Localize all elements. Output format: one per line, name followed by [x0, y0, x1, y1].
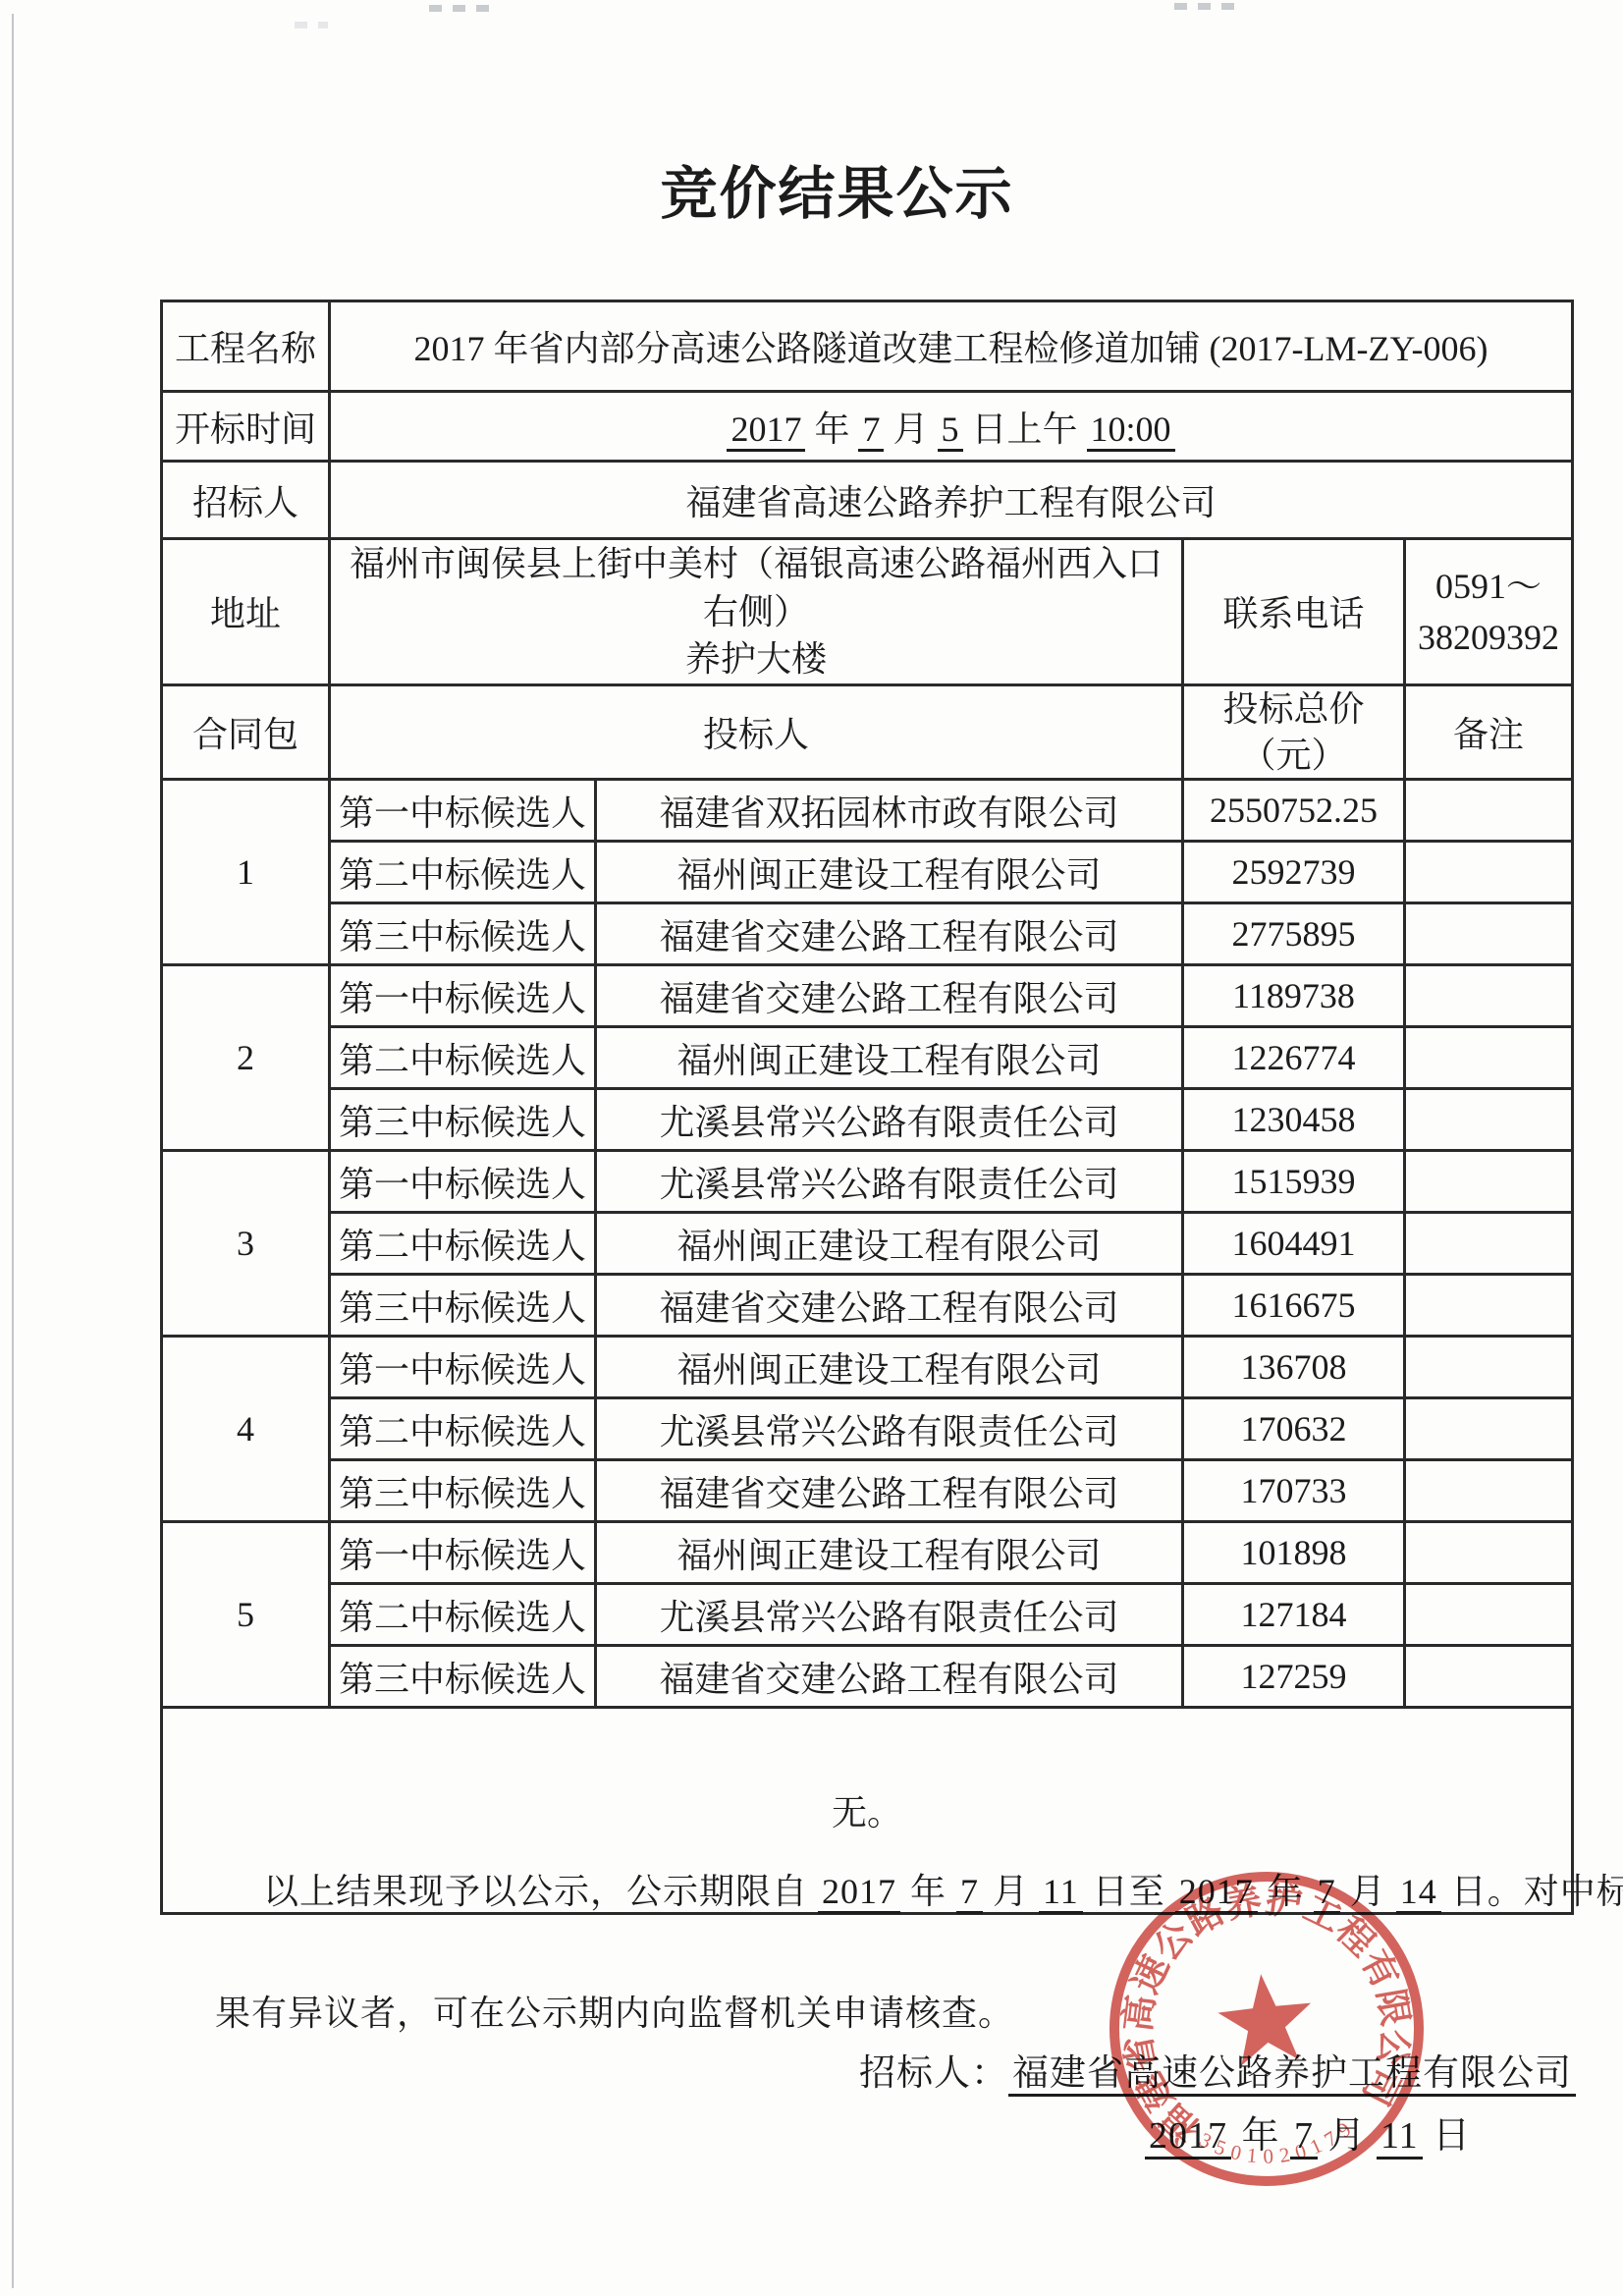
- bid-row: 第三中标候选人 福建省交建公路工程有限公司 2775895: [162, 903, 1573, 965]
- candidate-company: 福州闽正建设工程有限公司: [596, 1522, 1183, 1584]
- candidate-company: 福州闽正建设工程有限公司: [596, 1027, 1183, 1089]
- bid-price: 136708: [1183, 1337, 1405, 1398]
- remark-cell: [1405, 1522, 1573, 1584]
- bid-results-table: 工程名称 2017 年省内部分高速公路隧道改建工程检修道加铺 (2017-LM-…: [160, 300, 1574, 1915]
- bid-price: 1226774: [1183, 1027, 1405, 1089]
- candidate-company: 尤溪县常兴公路有限责任公司: [596, 1584, 1183, 1646]
- announcement-paragraph-line2: 果有异议者，可在公示期内向监督机关申请核查。: [215, 1986, 1014, 2036]
- candidate-rank: 第三中标候选人: [330, 1646, 596, 1708]
- phone-line2: 38209392: [1410, 612, 1567, 663]
- package-number: 5: [162, 1522, 330, 1708]
- candidate-rank: 第三中标候选人: [330, 1460, 596, 1522]
- signer-label: 招标人：: [859, 2053, 1008, 2094]
- bid-row: 第三中标候选人 尤溪县常兴公路有限责任公司 1230458: [162, 1089, 1573, 1151]
- project-name-value: 2017 年省内部分高速公路隧道改建工程检修道加铺 (2017-LM-ZY-00…: [330, 301, 1573, 392]
- remark-cell: [1405, 1089, 1573, 1151]
- bid-price: 1189738: [1183, 965, 1405, 1027]
- bid-row: 2 第一中标候选人 福建省交建公路工程有限公司 1189738: [162, 965, 1573, 1027]
- remark-cell: [1405, 780, 1573, 842]
- bid-price: 2592739: [1183, 842, 1405, 903]
- bid-row: 第二中标候选人 福州闽正建设工程有限公司 1604491: [162, 1213, 1573, 1275]
- tenderer-label: 招标人: [162, 462, 330, 539]
- candidate-company: 福建省交建公路工程有限公司: [596, 1460, 1183, 1522]
- candidate-rank: 第三中标候选人: [330, 1275, 596, 1337]
- remark-cell: [1405, 1646, 1573, 1708]
- remark-cell: [1405, 842, 1573, 903]
- page-title: 竞价结果公示: [26, 147, 1623, 230]
- header-package: 合同包: [162, 684, 330, 780]
- remark-cell: [1405, 965, 1573, 1027]
- address-label: 地址: [162, 539, 330, 685]
- remark-cell: [1405, 1151, 1573, 1213]
- candidate-rank: 第三中标候选人: [330, 1089, 596, 1151]
- candidate-rank: 第二中标候选人: [330, 1398, 596, 1460]
- candidate-company: 福建省交建公路工程有限公司: [596, 903, 1183, 965]
- bid-row: 第三中标候选人 福建省交建公路工程有限公司 1616675: [162, 1275, 1573, 1337]
- bid-price: 1604491: [1183, 1213, 1405, 1275]
- remark-cell: [1405, 1584, 1573, 1646]
- bid-price: 101898: [1183, 1522, 1405, 1584]
- scan-smudge: [1174, 3, 1235, 10]
- candidate-company: 尤溪县常兴公路有限责任公司: [596, 1398, 1183, 1460]
- scan-smudge: [429, 5, 500, 12]
- bid-price: 127259: [1183, 1646, 1405, 1708]
- star-icon: [1215, 1969, 1317, 2067]
- table-header-row: 合同包 投标人 投标总价 （元） 备注: [162, 684, 1573, 780]
- candidate-company: 福建省交建公路工程有限公司: [596, 1275, 1183, 1337]
- candidate-rank: 第一中标候选人: [330, 1151, 596, 1213]
- bid-price: 1515939: [1183, 1151, 1405, 1213]
- candidate-rank: 第一中标候选人: [330, 780, 596, 842]
- package-number: 4: [162, 1337, 330, 1522]
- candidate-rank: 第二中标候选人: [330, 1584, 596, 1646]
- address-line1: 福州市闽侯县上街中美村（福银高速公路福州西入口右侧）: [335, 540, 1177, 635]
- bid-opening-time-row: 开标时间 2017 年 7 月 5 日上午 10:00: [162, 392, 1573, 462]
- candidate-company: 尤溪县常兴公路有限责任公司: [596, 1151, 1183, 1213]
- address-line2: 养护大楼: [335, 635, 1177, 683]
- remark-cell: [1405, 1275, 1573, 1337]
- scan-edge-artifact: [12, 14, 14, 2288]
- tenderer-row: 招标人 福建省高速公路养护工程有限公司: [162, 462, 1573, 539]
- candidate-rank: 第三中标候选人: [330, 903, 596, 965]
- bid-price: 127184: [1183, 1584, 1405, 1646]
- scanned-document-page: 竞价结果公示 工程名称 2017 年省内部分高速公路隧道改建工程检修道加铺 (2…: [0, 0, 1623, 2296]
- package-number: 1: [162, 780, 330, 965]
- bid-row: 第三中标候选人 福建省交建公路工程有限公司 170733: [162, 1460, 1573, 1522]
- phone-line1: 0591～: [1410, 561, 1567, 612]
- bid-price: 1230458: [1183, 1089, 1405, 1151]
- address-value: 福州市闽侯县上街中美村（福银高速公路福州西入口右侧） 养护大楼: [330, 539, 1183, 685]
- remark-cell: [1405, 1213, 1573, 1275]
- candidate-rank: 第二中标候选人: [330, 842, 596, 903]
- company-seal-stamp: 福建省高速公路养护工程有限公司 3501020179: [1068, 1831, 1465, 2227]
- package-number: 3: [162, 1151, 330, 1337]
- header-remark: 备注: [1405, 684, 1573, 780]
- candidate-company: 福州闽正建设工程有限公司: [596, 1213, 1183, 1275]
- remark-cell: [1405, 1337, 1573, 1398]
- candidate-company: 福建省交建公路工程有限公司: [596, 1646, 1183, 1708]
- remark-cell: [1405, 1027, 1573, 1089]
- bid-row: 第二中标候选人 福州闽正建设工程有限公司 1226774: [162, 1027, 1573, 1089]
- package-number: 2: [162, 965, 330, 1151]
- address-row: 地址 福州市闽侯县上街中美村（福银高速公路福州西入口右侧） 养护大楼 联系电话 …: [162, 539, 1573, 685]
- phone-label: 联系电话: [1183, 539, 1405, 685]
- candidate-rank: 第二中标候选人: [330, 1213, 596, 1275]
- candidate-rank: 第二中标候选人: [330, 1027, 596, 1089]
- candidate-company: 福建省交建公路工程有限公司: [596, 965, 1183, 1027]
- bid-row: 第二中标候选人 尤溪县常兴公路有限责任公司 127184: [162, 1584, 1573, 1646]
- bid-row: 4 第一中标候选人 福州闽正建设工程有限公司 136708: [162, 1337, 1573, 1398]
- phone-value: 0591～ 38209392: [1405, 539, 1573, 685]
- header-bidder: 投标人: [330, 684, 1183, 780]
- bid-row: 5 第一中标候选人 福州闽正建设工程有限公司 101898: [162, 1522, 1573, 1584]
- bid-price: 170632: [1183, 1398, 1405, 1460]
- bid-row: 3 第一中标候选人 尤溪县常兴公路有限责任公司 1515939: [162, 1151, 1573, 1213]
- candidate-company: 福建省双拓园林市政有限公司: [596, 780, 1183, 842]
- tenderer-value: 福建省高速公路养护工程有限公司: [330, 462, 1573, 539]
- scan-smudge: [295, 22, 328, 28]
- bid-opening-time-label: 开标时间: [162, 392, 330, 462]
- bid-price: 2550752.25: [1183, 780, 1405, 842]
- bid-row: 1 第一中标候选人 福建省双拓园林市政有限公司 2550752.25: [162, 780, 1573, 842]
- candidate-rank: 第一中标候选人: [330, 965, 596, 1027]
- bid-opening-time-value: 2017 年 7 月 5 日上午 10:00: [330, 392, 1573, 462]
- project-name-label: 工程名称: [162, 301, 330, 392]
- candidate-company: 福州闽正建设工程有限公司: [596, 842, 1183, 903]
- candidate-rank: 第一中标候选人: [330, 1522, 596, 1584]
- bid-row: 第三中标候选人 福建省交建公路工程有限公司 127259: [162, 1646, 1573, 1708]
- bid-price: 170733: [1183, 1460, 1405, 1522]
- remark-cell: [1405, 903, 1573, 965]
- candidate-rank: 第一中标候选人: [330, 1337, 596, 1398]
- project-name-row: 工程名称 2017 年省内部分高速公路隧道改建工程检修道加铺 (2017-LM-…: [162, 301, 1573, 392]
- bid-price: 2775895: [1183, 903, 1405, 965]
- bid-price: 1616675: [1183, 1275, 1405, 1337]
- remark-cell: [1405, 1398, 1573, 1460]
- remark-cell: [1405, 1460, 1573, 1522]
- bid-row: 第二中标候选人 尤溪县常兴公路有限责任公司 170632: [162, 1398, 1573, 1460]
- candidate-company: 福州闽正建设工程有限公司: [596, 1337, 1183, 1398]
- header-price: 投标总价 （元）: [1183, 684, 1405, 780]
- candidate-company: 尤溪县常兴公路有限责任公司: [596, 1089, 1183, 1151]
- bid-row: 第二中标候选人 福州闽正建设工程有限公司 2592739: [162, 842, 1573, 903]
